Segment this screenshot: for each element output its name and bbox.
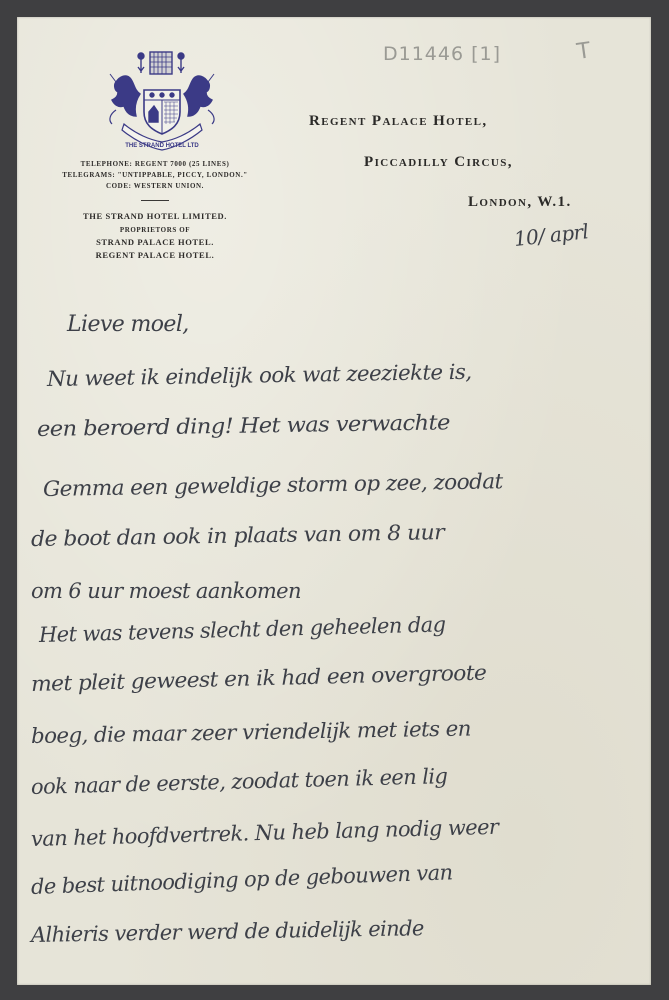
letter-line: een beroerd ding! Het was verwachte [37,410,450,441]
address-line-1: Regent Palace Hotel, [309,113,488,130]
letter-date: 10/ aprl [513,219,590,251]
salutation: Lieve moel, [67,312,189,337]
letterhead-contact-block: TELEPHONE: REGENT 7000 (25 LINES) TELEGR… [35,159,275,262]
hotel-name: REGENT PALACE HOTEL. [35,249,275,262]
letter-line: Het was tevens slecht den geheelen dag [39,612,446,647]
letter-line: de best uitnoodiging op de gebouwen van [31,860,453,899]
letter-line: Alhieris verder werd de duidelijk einde [31,916,424,947]
company-name: THE STRAND HOTEL LIMITED. [35,210,275,223]
letter-line: van het hoofdvertrek. Nu heb lang nodig … [31,815,499,851]
proprietors-label: PROPRIETORS OF [35,225,275,236]
letter-line: Nu weet ik eindelijk ook wat zeeziekte i… [47,360,472,391]
letter-line: boeg, die maar zeer vriendelijk met iets… [31,716,471,748]
letter-line: met pleit geweest en ik had een overgroo… [31,661,487,696]
address-line-2: Piccadilly Circus, [364,154,513,171]
archive-reference: D11446 [1] [383,43,501,65]
telegrams-line: TELEGRAMS: "UNTIPPABLE, PICCY, LONDON." [35,170,275,181]
code-line: CODE: WESTERN UNION. [35,181,275,192]
hotel-name: STRAND PALACE HOTEL. [35,236,275,249]
svg-text:THE STRAND HOTEL LTD: THE STRAND HOTEL LTD [125,143,199,149]
archive-mark: T [575,38,593,65]
letter-line: om 6 uur moest aankomen [31,579,301,603]
coat-of-arms-icon: THE STRAND HOTEL LTD [102,50,222,155]
letter-line: de boot dan ook in plaats van om 8 uur [31,520,444,551]
letter-line: Gemma een geweldige storm op zee, zoodat [43,469,503,501]
address-line-3: London, W.1. [468,194,572,211]
telephone-line: TELEPHONE: REGENT 7000 (25 LINES) [35,159,275,170]
letter-line: ook naar de eerste, zoodat toen ik een l… [31,764,448,799]
letter-paper: D11446 [1] T [17,17,651,985]
divider [141,200,169,201]
